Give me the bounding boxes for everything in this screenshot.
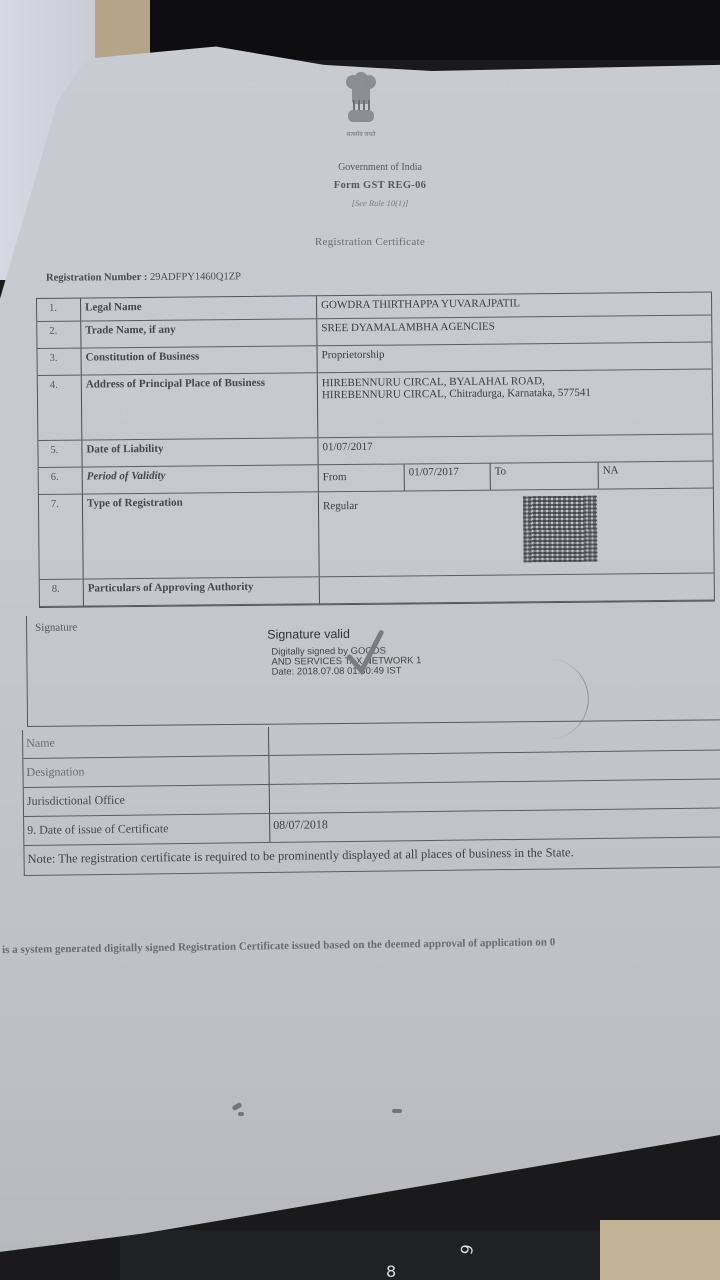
legal-name-value: GOWDRA THIRTHAPPA YUVARAJPATIL xyxy=(317,293,711,319)
row-number: 2. xyxy=(37,322,81,348)
row-label: Constitution of Business xyxy=(81,346,317,374)
address-value: HIREBENNURU CIRCAL, BYALAHAL ROAD, HIREB… xyxy=(318,370,713,438)
row-label: Address of Principal Place of Business xyxy=(82,373,319,439)
validity-from-value: 01/07/2017 xyxy=(405,464,491,491)
emblem-caption: सत्यमेव जयते xyxy=(346,130,376,138)
validity-to-value: NA xyxy=(599,462,713,489)
row-label: Name xyxy=(23,727,269,758)
row-label: Period of Validity xyxy=(83,465,319,493)
name-value xyxy=(269,721,720,755)
table-row-type-of-registration: 7. Type of Registration Regular xyxy=(39,489,714,580)
row-label: Legal Name xyxy=(81,296,317,320)
jurisdictional-office-value xyxy=(270,779,720,813)
approving-authority-value xyxy=(320,574,714,604)
row-label: Particulars of Approving Authority xyxy=(84,577,320,605)
row-label: Date of Liability xyxy=(82,438,318,466)
validity-from-label: From xyxy=(319,464,405,491)
validity-to-label: To xyxy=(491,463,599,490)
registration-number-value: 29ADFPY1460Q1ZP xyxy=(150,271,241,283)
table-row-address: 4. Address of Principal Place of Busines… xyxy=(38,370,713,441)
date-of-issue-value: 08/07/2018 xyxy=(270,808,720,842)
row-number: 5. xyxy=(38,441,82,467)
certificate-title: Registration Certificate xyxy=(250,236,490,248)
row-number: 8. xyxy=(40,580,84,606)
paper-smudge xyxy=(231,1102,242,1111)
qr-code xyxy=(523,496,598,563)
trade-name-value: SREE DYAMALAMBHA AGENCIES xyxy=(317,316,711,346)
validity-values: From 01/07/2017 To NA xyxy=(319,462,713,492)
designation-value xyxy=(269,750,720,784)
row-label: Jurisdictional Office xyxy=(24,785,270,816)
row-label: Designation xyxy=(23,756,269,787)
row-label: 9. Date of issue of Certificate xyxy=(24,814,270,845)
signature-status: Signature valid xyxy=(267,627,350,642)
date-of-liability-value: 01/07/2017 xyxy=(318,435,712,465)
row-number: 3. xyxy=(37,349,81,375)
row-number: 4. xyxy=(38,376,83,440)
registration-type-text: Regular xyxy=(323,500,358,512)
system-generated-footer: is a system generated digitally signed R… xyxy=(2,934,720,956)
government-heading: Government of India xyxy=(270,162,490,173)
paper-smudge xyxy=(392,1109,402,1113)
rule-reference: [See Rule 10(1)] xyxy=(270,198,490,208)
row-number: 1. xyxy=(37,299,81,321)
certificate: सत्यमेव जयते Government of India Form GS… xyxy=(0,0,720,1280)
row-number: 6. xyxy=(39,468,83,494)
row-number: 7. xyxy=(39,495,84,579)
signature-block: Signature Signature valid Digitally sign… xyxy=(26,609,720,727)
row-label: Trade Name, if any xyxy=(81,319,317,347)
registration-details-table: 1. Legal Name GOWDRA THIRTHAPPA YUVARAJP… xyxy=(36,292,715,608)
row-label: Type of Registration xyxy=(83,492,320,578)
registration-number-label: Registration Number : xyxy=(46,272,147,284)
address-line-2: HIREBENNURU CIRCAL, Chitradurga, Karnata… xyxy=(322,386,708,402)
registration-type-value: Regular xyxy=(319,489,714,577)
constitution-value: Proprietorship xyxy=(317,343,711,373)
paper-smudge xyxy=(238,1112,244,1116)
registration-number: Registration Number : 29ADFPY1460Q1ZP xyxy=(46,271,241,283)
signature-check-icon xyxy=(345,627,385,677)
authority-details-table: Name Designation Jurisdictional Office 9… xyxy=(22,721,720,876)
signature-label: Signature xyxy=(35,622,77,634)
form-number: Form GST REG-06 xyxy=(270,180,490,191)
national-emblem-icon: सत्यमेव जयते xyxy=(336,70,386,140)
